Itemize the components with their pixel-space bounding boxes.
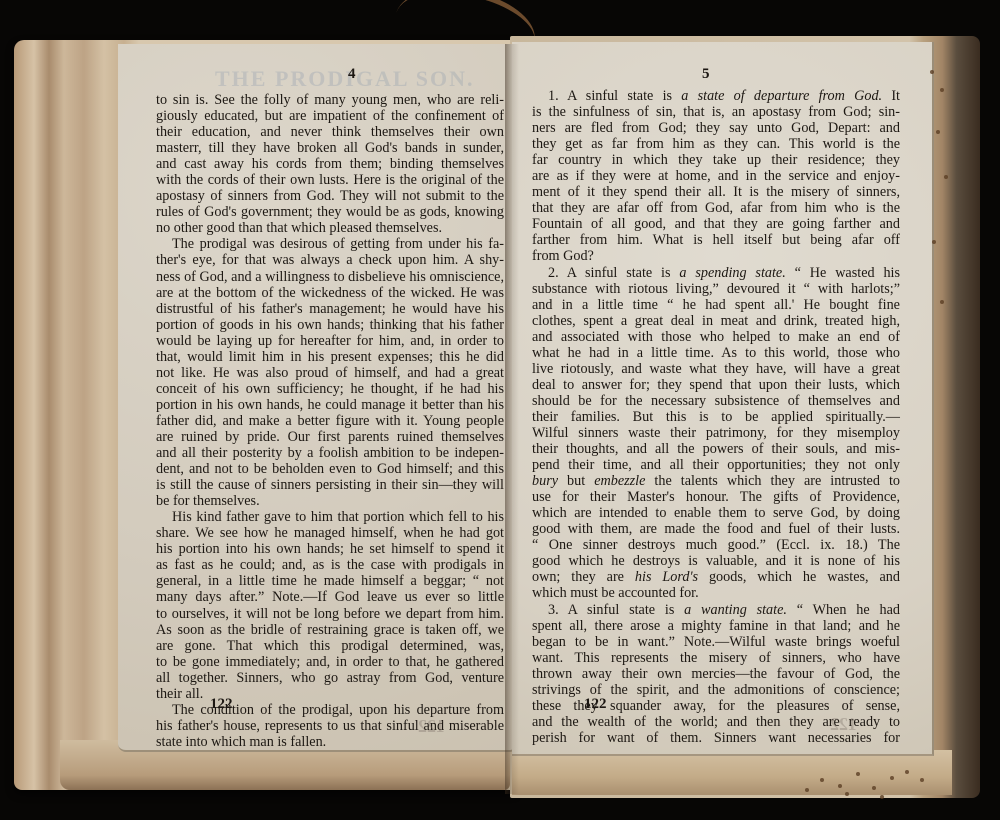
right-text-line: began to be in want.” Note.—Wilful waste… <box>532 634 900 650</box>
left-text-line: not like. He was also proud of himself, … <box>156 365 504 381</box>
right-text-line: good which he destroys is valuable, and … <box>532 553 900 569</box>
right-text-line: deal to answer for; they spend that upon… <box>532 377 900 393</box>
right-text-line: ners are fled from God; they say unto Go… <box>532 120 900 136</box>
left-text-line: and cast away his cords from them; bindi… <box>156 156 504 172</box>
left-text-line: their education, and never think themsel… <box>156 124 504 140</box>
left-text-line: many days after.” Note.—If God leave us … <box>156 589 504 605</box>
left-text-line: his father's house, represents to us tha… <box>156 718 504 734</box>
left-text-line: are gone. That which this prodigal deter… <box>156 638 504 654</box>
left-text-line: portion of goods in his own hands; think… <box>156 317 504 333</box>
right-text-line: and in a little time “ he had spent all.… <box>532 297 900 313</box>
left-text-line: father did, and make a better figure wit… <box>156 413 504 429</box>
right-text-line: good with them, are made the food and fu… <box>532 521 900 537</box>
left-text-line: dent, and not to be beholden even to God… <box>156 461 504 477</box>
left-text-line: their all. <box>156 686 504 702</box>
ghost-folio-right: 122 <box>830 714 857 735</box>
left-text-line: is still the cause of sinners persisting… <box>156 477 504 493</box>
right-text-line: use for their Master's honour. The gifts… <box>532 489 900 505</box>
left-text-line: masterr, till they have broken all God's… <box>156 140 504 156</box>
left-text-line: share. We see how he managed himself, wh… <box>156 525 504 541</box>
left-text-line: As soon as the bridle of restraining gra… <box>156 622 504 638</box>
right-text-line: 1. A sinful state is a state of departur… <box>532 88 900 104</box>
spine-gutter <box>505 44 519 794</box>
right-text-line: “ One sinner destroys much good.” (Eccl.… <box>532 537 900 553</box>
right-page: 5 1. A sinful state is a state of depart… <box>512 42 934 756</box>
left-text-line: his portion into his own hands; he set h… <box>156 541 504 557</box>
left-page: THE PRODIGAL SON. 4 to sin is. See the f… <box>118 44 514 752</box>
right-text-line: which are intended to enable them to ser… <box>532 505 900 521</box>
left-text-line: to sin is. See the folly of many young m… <box>156 92 504 108</box>
right-page-text: 1. A sinful state is a state of departur… <box>532 88 900 746</box>
right-text-line: pend their time, and all their opportuni… <box>532 457 900 473</box>
page-number-right: 5 <box>702 66 710 83</box>
right-text-line: should be for the necessary subsistence … <box>532 393 900 409</box>
left-text-line: His kind father gave to him that portion… <box>156 509 504 525</box>
left-text-line: as fast as he could; and, as is the case… <box>156 557 504 573</box>
left-text-line: all together. Sinners, who go astray fro… <box>156 670 504 686</box>
left-text-line: The condition of the prodigal, upon his … <box>156 702 504 718</box>
right-text-line: their families. But this is to be applie… <box>532 409 900 425</box>
left-text-line: that, would limit him in his present exp… <box>156 349 504 365</box>
left-page-text: to sin is. See the folly of many young m… <box>156 92 504 750</box>
right-text-line: Fountain of all good, and that they are … <box>532 216 900 232</box>
left-text-line: state into which man is fallen. <box>156 734 504 750</box>
right-text-line: spent all, there arose a mighty famine i… <box>532 618 900 634</box>
right-text-line: Wilful sinners waste their patrimony, fo… <box>532 425 900 441</box>
right-text-line: live riotously, and waste what they have… <box>532 361 900 377</box>
left-text-line: would be laying up for hereafter for him… <box>156 333 504 349</box>
left-text-line: be for themselves. <box>156 493 504 509</box>
right-text-line: and associated with those who helped to … <box>532 329 900 345</box>
left-text-line: are at the bottom of the wickedness of t… <box>156 285 504 301</box>
right-page-edges-bottom <box>512 750 952 795</box>
left-text-line: with the cords of their own lusts. Here … <box>156 172 504 188</box>
left-text-line: distrustful of his father's management; … <box>156 301 504 317</box>
right-text-line: that they are afar off from God, afar fr… <box>532 200 900 216</box>
right-text-line: what he had in a little time. As to this… <box>532 345 900 361</box>
right-text-line: own; they are his Lord's goods, which he… <box>532 569 900 585</box>
left-text-line: to ourselves, it will not be long before… <box>156 606 504 622</box>
left-text-line: rules of God's government; they would be… <box>156 204 504 220</box>
right-text-line: farther from him. What is hell itself bu… <box>532 232 900 248</box>
left-text-line: The prodigal was desirous of getting fro… <box>156 236 504 252</box>
left-text-line: to be gone immediately; and, in order to… <box>156 654 504 670</box>
right-text-line: ment of it they spend their all. It is t… <box>532 184 900 200</box>
left-text-line: and all their posterity by a foolish amb… <box>156 445 504 461</box>
left-text-line: giously educated, but are impatient of t… <box>156 108 504 124</box>
right-text-line: which must be accounted for. <box>532 585 900 601</box>
right-text-line: substance with riotous living,” devoured… <box>532 281 900 297</box>
left-text-line: conceit of his own sufficiency; he thoug… <box>156 381 504 397</box>
right-text-line: are as if they were at home, and in the … <box>532 168 900 184</box>
right-text-line: 3. A sinful state is a wanting state. “ … <box>532 602 900 618</box>
right-text-line: want. This represents the misery of sinn… <box>532 650 900 666</box>
right-text-line: bury but embezzle the talents which they… <box>532 473 900 489</box>
right-text-line: thrown away their own mercies—the favour… <box>532 666 900 682</box>
right-text-line: is the sinfulness of sin, that is, an ap… <box>532 104 900 120</box>
right-text-line: clothes, spent a great deal in meat and … <box>532 313 900 329</box>
page-number-left: 4 <box>348 66 356 83</box>
show-through-header: THE PRODIGAL SON. <box>215 66 475 92</box>
left-text-line: apostasy of sinners from God. They will … <box>156 188 504 204</box>
left-text-line: ther's eye, for that was always a check … <box>156 252 504 268</box>
left-text-line: are ruined by pride. Our first parents r… <box>156 429 504 445</box>
folio-left: 122 <box>210 696 233 713</box>
right-text-line: 2. A sinful state is a spending state. “… <box>532 265 900 281</box>
right-text-line: their thoughts, and all the powers of th… <box>532 441 900 457</box>
left-text-line: ness of God, and a willingness to disbel… <box>156 269 504 285</box>
left-text-line: portion in his own hands, he could manag… <box>156 397 504 413</box>
folio-right: 122 <box>584 696 607 713</box>
left-text-line: general, in a little time he made himsel… <box>156 573 504 589</box>
right-text-line: from God? <box>532 248 900 264</box>
ghost-folio-left: 122 <box>418 716 445 737</box>
right-text-line: far country in which they take up their … <box>532 152 900 168</box>
right-text-line: they get as far from him as they can. Th… <box>532 136 900 152</box>
left-text-line: no other good than that which pleased th… <box>156 220 504 236</box>
